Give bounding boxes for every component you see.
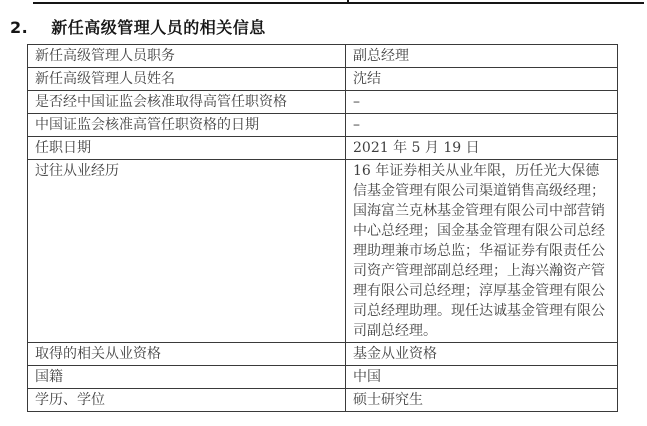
row-label: 取得的相关从业资格 (28, 343, 346, 366)
previous-table-column-divider (347, 0, 349, 4)
table-row: 中国证监会核准高管任职资格的日期– (28, 114, 618, 137)
row-label: 任职日期 (28, 137, 346, 160)
table-row: 过往从业经历16 年证券相关从业年限，历任光大保德信基金管理有限公司渠道销售高级… (28, 160, 618, 343)
row-label: 是否经中国证监会核准取得高管任职资格 (28, 91, 346, 114)
row-value: 硕士研究生 (346, 389, 618, 412)
row-value: 中国 (346, 366, 618, 389)
row-value: 16 年证券相关从业年限，历任光大保德信基金管理有限公司渠道销售高级经理；国海富… (346, 160, 618, 343)
table-row: 是否经中国证监会核准取得高管任职资格– (28, 91, 618, 114)
row-label: 国籍 (28, 366, 346, 389)
management-info-table-body: 新任高级管理人员职务副总经理新任高级管理人员姓名沈结是否经中国证监会核准取得高管… (28, 45, 618, 412)
table-row: 任职日期2021 年 5 月 19 日 (28, 137, 618, 160)
row-value: – (346, 114, 618, 137)
section-number: 2. (10, 18, 28, 37)
document-page: 2.新任高级管理人员的相关信息 新任高级管理人员职务副总经理新任高级管理人员姓名… (0, 0, 647, 426)
table-row: 国籍中国 (28, 366, 618, 389)
row-label: 中国证监会核准高管任职资格的日期 (28, 114, 346, 137)
row-value: 2021 年 5 月 19 日 (346, 137, 618, 160)
management-info-table: 新任高级管理人员职务副总经理新任高级管理人员姓名沈结是否经中国证监会核准取得高管… (27, 44, 618, 412)
row-value: 沈结 (346, 68, 618, 91)
row-label: 新任高级管理人员职务 (28, 45, 346, 68)
row-value: 基金从业资格 (346, 343, 618, 366)
section-title: 2.新任高级管理人员的相关信息 (10, 15, 266, 38)
row-value: 副总经理 (346, 45, 618, 68)
row-label: 学历、学位 (28, 389, 346, 412)
row-label: 新任高级管理人员姓名 (28, 68, 346, 91)
section-title-text: 新任高级管理人员的相关信息 (51, 18, 266, 37)
table-row: 取得的相关从业资格基金从业资格 (28, 343, 618, 366)
row-label: 过往从业经历 (28, 160, 346, 343)
row-value: – (346, 91, 618, 114)
table-row: 新任高级管理人员姓名沈结 (28, 68, 618, 91)
previous-table-bottom-border (33, 2, 644, 4)
table-row: 学历、学位硕士研究生 (28, 389, 618, 412)
table-row: 新任高级管理人员职务副总经理 (28, 45, 618, 68)
